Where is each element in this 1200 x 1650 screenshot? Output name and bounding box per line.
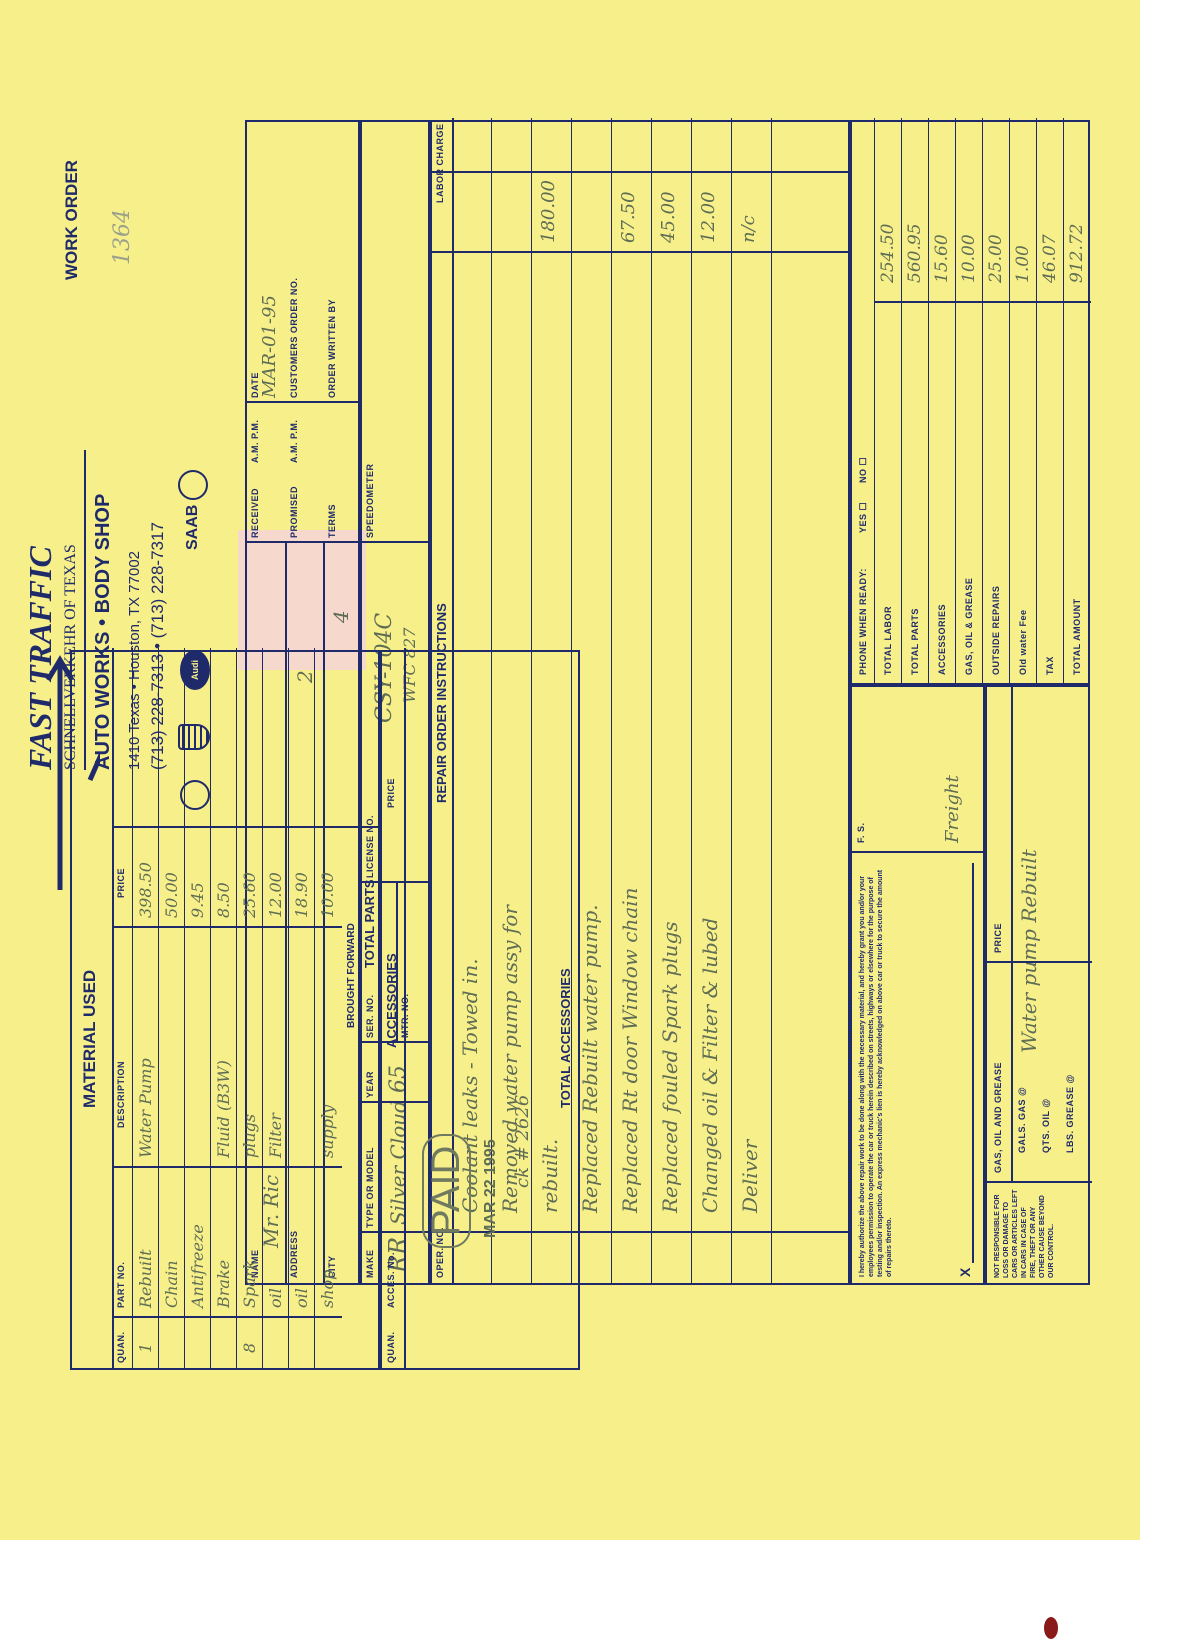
order-date: MAR-01-95 (259, 295, 280, 398)
repair-text: Coolant leaks - Towed in. (458, 958, 482, 1213)
labor-charge: n/c (738, 215, 759, 243)
vehicle-model: Silver Cloud (386, 1100, 410, 1225)
customer-address: 2 (293, 670, 317, 683)
totals-row: Old water Fee1.00 (1009, 118, 1036, 683)
repair-line: Coolant leaks - Towed in. (452, 118, 492, 1283)
audi-logo-icon: Audi (180, 650, 210, 690)
repair-line: Replaced Rebuilt water pump. (572, 118, 612, 1283)
porsche-logo-icon (178, 724, 210, 750)
totals-row: GAS, OIL & GREASE10.00 (955, 118, 982, 683)
totals-value: 1.00 (1013, 245, 1033, 283)
repair-line: rebuilt.180.00 (532, 118, 572, 1283)
totals-section: PHONE WHEN READY: YES ☐ NO ☐ TOTAL LABOR… (850, 120, 1090, 685)
repair-header: REPAIR ORDER INSTRUCTIONS (434, 603, 449, 803)
labor-charge: 45.00 (658, 191, 679, 243)
repair-text: Removed water pump assy for (498, 905, 522, 1213)
form-title: WORK ORDER (62, 160, 82, 280)
repair-text: Replaced fouled Spark plugs (658, 921, 682, 1213)
customer-city: 4 (329, 610, 353, 623)
repair-text: Replaced Rebuilt water pump. (578, 904, 602, 1213)
authorization-section: I hereby authorize the above repair work… (850, 685, 985, 1285)
repair-line: Removed water pump assy for (492, 118, 532, 1283)
repair-order-section: OPER. NO. REPAIR ORDER INSTRUCTIONS LABO… (430, 120, 850, 1285)
work-order-paper: WORK ORDER 1364 FAST TRAFFIC SCHNELLVERK… (0, 0, 1140, 1540)
labor-charge: 180.00 (538, 180, 559, 243)
repair-text: Changed oil & Filter & lubed (698, 918, 722, 1213)
company-address: 1410 Texas • Houston, TX 77002 (126, 551, 143, 770)
totals-value: 560.95 (905, 224, 925, 283)
repair-text: Deliver (738, 1140, 762, 1213)
gas-oil-section: NOT RESPONSIBLE FOR LOSS OR DAMAGE TO CA… (985, 685, 1090, 1285)
gas-note-rebuilt: Water pump Rebuilt (1017, 849, 1041, 1053)
labor-charge: 67.50 (618, 191, 639, 243)
repair-text: Replaced Rt door Window chain (618, 887, 642, 1213)
rotated-form: WORK ORDER 1364 FAST TRAFFIC SCHNELLVERK… (0, 0, 1140, 1540)
totals-row: TOTAL PARTS560.95 (901, 118, 928, 683)
vehicle-year: 65 (386, 1065, 411, 1093)
totals-row: TOTAL LABOR254.50 (874, 118, 901, 683)
totals-row: ACCESSORIES15.60 (928, 118, 955, 683)
authorization-text: I hereby authorize the above repair work… (858, 867, 894, 1277)
customer-info-section: NAME Mr. Ric ADDRESS 2 CITY 4 RECEIVED A… (245, 120, 360, 1285)
vehicle-make: RR (384, 1237, 412, 1273)
repair-text: rebuilt. (538, 1139, 562, 1213)
vehicle-license: CSY-104C (372, 613, 397, 723)
company-phones: (713) 228-7313 • (713) 228-7317 (148, 522, 168, 770)
mercedes-logo-icon (180, 780, 210, 810)
totals-value: 10.00 (959, 234, 979, 283)
totals-value: 254.50 (878, 224, 898, 283)
fs-note-freight: Freight (942, 775, 963, 843)
totals-row: TAX46.07 (1036, 118, 1063, 683)
company-name: FAST TRAFFIC (22, 546, 59, 770)
repair-line: Delivern/c (732, 118, 772, 1283)
phone-yes-checkbox[interactable]: YES ☐ (858, 502, 869, 533)
customer-name: Mr. Ric (259, 1175, 283, 1248)
totals-value: 912.72 (1067, 224, 1087, 283)
saab-logo-icon: SAAB (184, 505, 202, 550)
totals-rows: TOTAL LABOR254.50TOTAL PARTS560.95ACCESS… (874, 118, 1092, 683)
totals-value: 25.00 (986, 234, 1006, 283)
totals-row: OUTSIDE REPAIRS25.00 (982, 118, 1009, 683)
labor-charge: 12.00 (698, 191, 719, 243)
red-mark (1044, 1617, 1058, 1639)
company-subtitle: SCHNELLVERKEHR OF TEXAS (62, 544, 80, 770)
totals-value: 15.60 (932, 234, 952, 283)
repair-lines: Coolant leaks - Towed in.Removed water p… (452, 118, 852, 1283)
totals-row: TOTAL AMOUNT912.72 (1063, 118, 1090, 683)
totals-value: 46.07 (1040, 234, 1060, 283)
order-number: 1364 (110, 209, 135, 265)
phone-no-checkbox[interactable]: NO ☐ (858, 457, 869, 483)
vehicle-section: MAKE RR TYPE OR MODEL Silver Cloud YEAR … (360, 120, 430, 1285)
repair-line: Changed oil & Filter & lubed12.00 (692, 118, 732, 1283)
volvo-logo-icon (178, 470, 208, 500)
company-services: AUTO WORKS • BODY SHOP (92, 494, 115, 770)
liability-text: NOT RESPONSIBLE FOR LOSS OR DAMAGE TO CA… (993, 1188, 1056, 1278)
repair-line: Replaced fouled Spark plugs45.00 (652, 118, 692, 1283)
vehicle-license-extra: WFC 827 (400, 628, 419, 703)
repair-line: Replaced Rt door Window chain67.50 (612, 118, 652, 1283)
